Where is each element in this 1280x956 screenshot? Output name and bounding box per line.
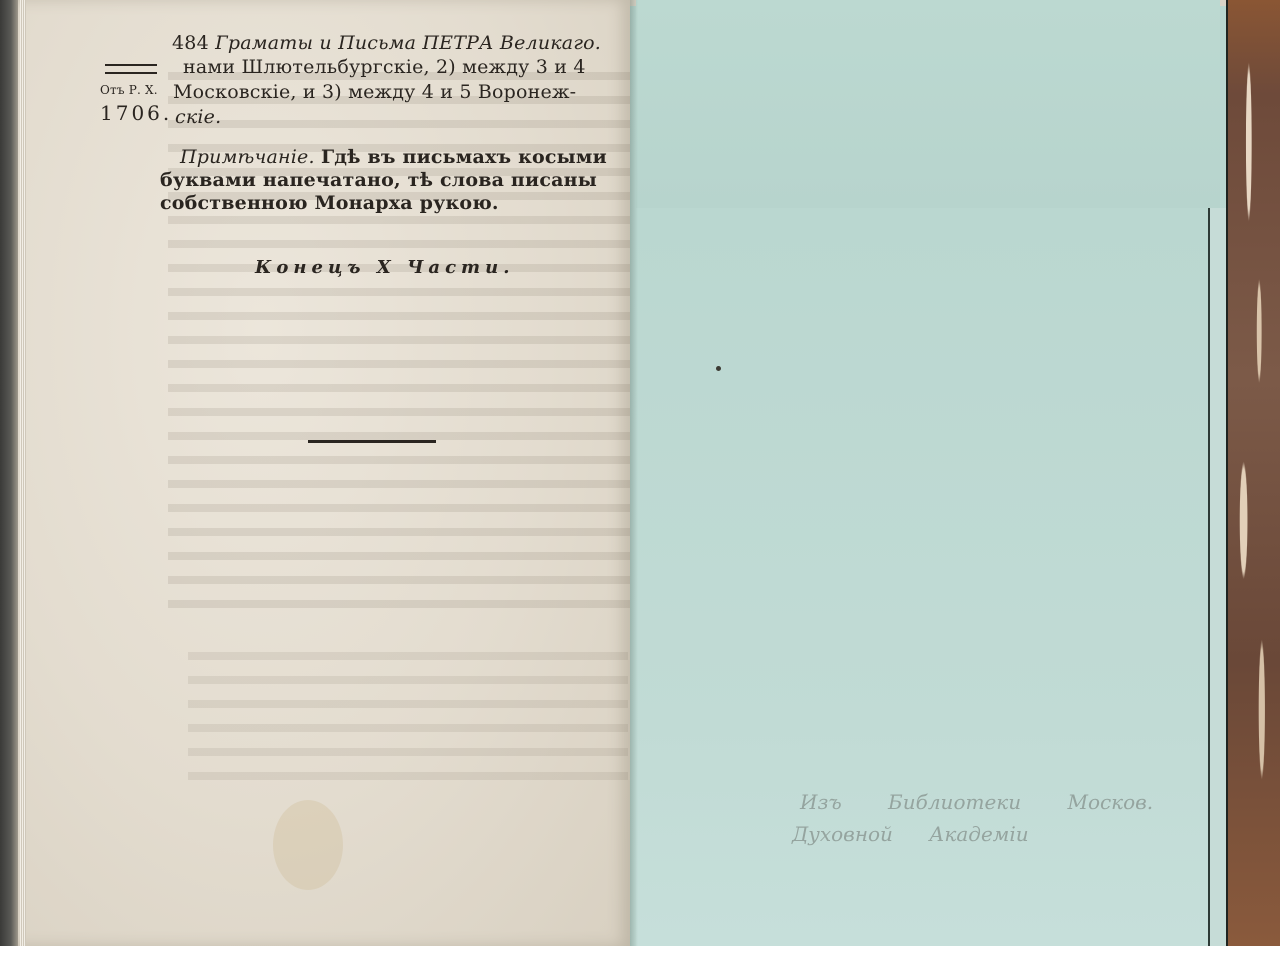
- body-line-3: скіе.: [175, 106, 221, 128]
- note-line-3: собственною Монарха рукою.: [160, 192, 499, 214]
- margin-note-year: 1706.: [100, 101, 172, 125]
- margin-note-label: Отъ Р. Х.: [100, 83, 158, 97]
- note-line-2: буквами напечатано, тѣ слова писаны: [160, 169, 597, 191]
- marbled-cover-board: [1228, 0, 1280, 946]
- note-text-1: Гдѣ въ письмахъ косыми: [321, 146, 607, 168]
- body-line-1: нами Шлютельбургскіе, 2) между 3 и 4: [183, 56, 586, 78]
- running-head: 484 Граматы и Письма ПЕТРА Великаго.: [172, 32, 601, 54]
- running-head-title: Граматы и Письма ПЕТРА Великаго.: [215, 32, 601, 54]
- note-line-1: Примѣчаніе. Гдѣ въ письмахъ косыми: [180, 146, 607, 168]
- endpaper-flap: [636, 0, 1220, 209]
- handwritten-inscription-line-1: Изъ Библиотеки Москов.: [800, 790, 1153, 814]
- end-rule: [308, 440, 436, 443]
- bleed-through-text-lower: [188, 640, 628, 780]
- paper-stain: [273, 800, 343, 890]
- end-of-part-text: Конецъ X Части.: [255, 257, 514, 278]
- left-page: [18, 0, 630, 946]
- page-edges: [20, 0, 26, 946]
- note-heading: Примѣчаніе.: [180, 146, 315, 168]
- bleed-through-text: [168, 60, 638, 620]
- paper-speck: [716, 366, 721, 371]
- bottom-margin: [0, 946, 1280, 956]
- body-line-2: Московскіе, и 3) между 4 и 5 Воронеж-: [173, 81, 576, 103]
- binding-edge-left: [0, 0, 18, 946]
- gutter-shadow: [630, 0, 638, 946]
- double-rule-marker: [105, 64, 157, 74]
- handwritten-inscription-line-2: Духовной Академіи: [792, 822, 1029, 846]
- book-scan: 484 Граматы и Письма ПЕТРА Великаго. нам…: [0, 0, 1280, 946]
- page-number: 484: [172, 32, 209, 54]
